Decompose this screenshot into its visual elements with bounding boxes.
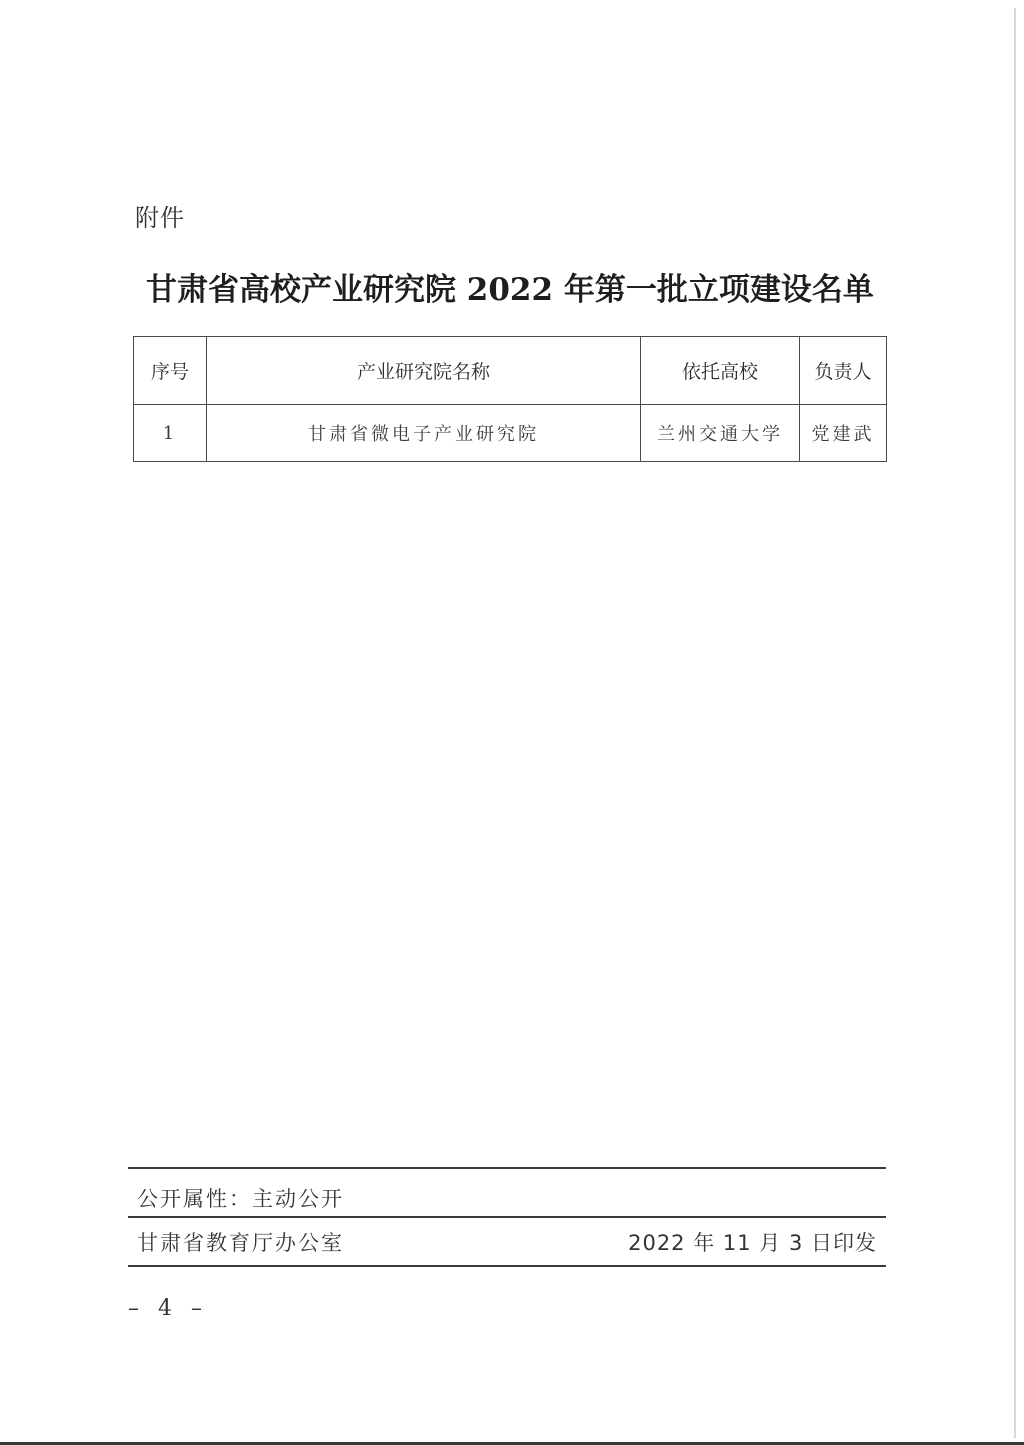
footer-top-rule	[128, 1167, 886, 1169]
header-institute-name: 产业研究院名称	[207, 337, 641, 405]
header-serial-number: 序号	[134, 337, 207, 405]
cell-person-in-charge: 党建武	[800, 405, 887, 462]
cell-institute-name: 甘肃省微电子产业研究院	[207, 405, 641, 462]
cell-host-university: 兰州交通大学	[641, 405, 800, 462]
table-row: 1 甘肃省微电子产业研究院 兰州交通大学 党建武	[134, 405, 887, 462]
project-list-table: 序号 产业研究院名称 依托高校 负责人 1 甘肃省微电子产业研究院 兰州交通大学…	[133, 336, 887, 462]
attachment-label: 附件	[135, 198, 185, 233]
scan-edge-line	[1014, 8, 1016, 1438]
issue-date: 2022 年 11 月 3 日印发	[628, 1227, 877, 1257]
footer-middle-rule	[128, 1216, 886, 1218]
footer-bottom-rule	[128, 1265, 886, 1267]
document-title: 甘肃省高校产业研究院 2022 年第一批立项建设名单	[146, 264, 886, 309]
disclosure-attribute: 公开属性：主动公开	[137, 1183, 344, 1213]
issuing-office: 甘肃省教育厅办公室	[137, 1227, 344, 1257]
page-number: – 4 –	[128, 1296, 208, 1321]
header-host-university: 依托高校	[641, 337, 800, 405]
table-header-row: 序号 产业研究院名称 依托高校 负责人	[134, 337, 887, 405]
header-person-in-charge: 负责人	[800, 337, 887, 405]
cell-serial-number: 1	[134, 405, 207, 462]
